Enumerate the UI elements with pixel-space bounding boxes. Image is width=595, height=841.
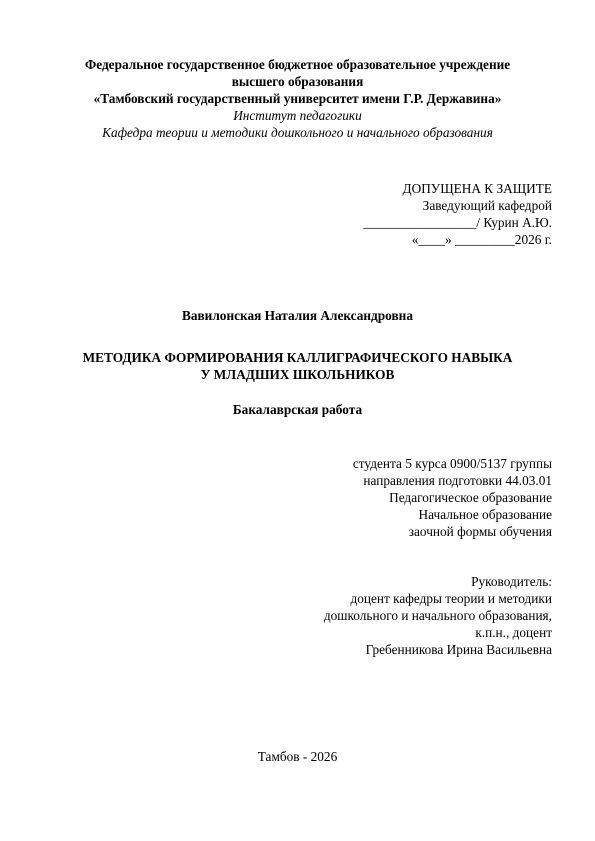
supervisor-line-1: доцент кафедры теории и методики — [324, 590, 552, 607]
department-name: Кафедра теории и методики дошкольного и … — [0, 124, 595, 141]
university-name: «Тамбовский государственный университет … — [0, 90, 595, 107]
student-line-4: Начальное образование — [353, 506, 552, 523]
work-title-line-1: МЕТОДИКА ФОРМИРОВАНИЯ КАЛЛИГРАФИЧЕСКОГО … — [0, 349, 595, 366]
supervisor-name: Гребенникова Ирина Васильевна — [324, 641, 552, 658]
student-line-5: заочной формы обучения — [353, 523, 552, 540]
approval-title: ДОПУЩЕНА К ЗАЩИТЕ — [363, 180, 552, 197]
supervisor-info: Руководитель: доцент кафедры теории и ме… — [324, 573, 552, 658]
city-year: Тамбов - 2026 — [0, 748, 595, 765]
supervisor-line-3: к.п.н., доцент — [324, 624, 552, 641]
work-type: Бакалаврская работа — [0, 401, 595, 418]
student-line-3: Педагогическое образование — [353, 489, 552, 506]
institute-name: Институт педагогики — [0, 107, 595, 124]
approval-signature: _________________/ Курин А.Ю. — [363, 214, 552, 231]
supervisor-line-2: дошкольного и начального образования, — [324, 607, 552, 624]
supervisor-label: Руководитель: — [324, 573, 552, 590]
approval-role: Заведующий кафедрой — [363, 197, 552, 214]
approval-date: «____» _________2026 г. — [363, 231, 552, 248]
student-info: студента 5 курса 0900/5137 группы направ… — [353, 455, 552, 540]
student-line-1: студента 5 курса 0900/5137 группы — [353, 455, 552, 472]
work-title-line-2: У МЛАДШИХ ШКОЛЬНИКОВ — [0, 366, 595, 383]
organization-header: Федеральное государственное бюджетное об… — [0, 56, 595, 141]
student-line-2: направления подготовки 44.03.01 — [353, 472, 552, 489]
header-line-2: высшего образования — [0, 73, 595, 90]
work-title: МЕТОДИКА ФОРМИРОВАНИЯ КАЛЛИГРАФИЧЕСКОГО … — [0, 349, 595, 383]
header-line-1: Федеральное государственное бюджетное об… — [0, 56, 595, 73]
author-name: Вавилонская Наталия Александровна — [0, 307, 595, 324]
approval-block: ДОПУЩЕНА К ЗАЩИТЕ Заведующий кафедрой __… — [363, 180, 552, 248]
